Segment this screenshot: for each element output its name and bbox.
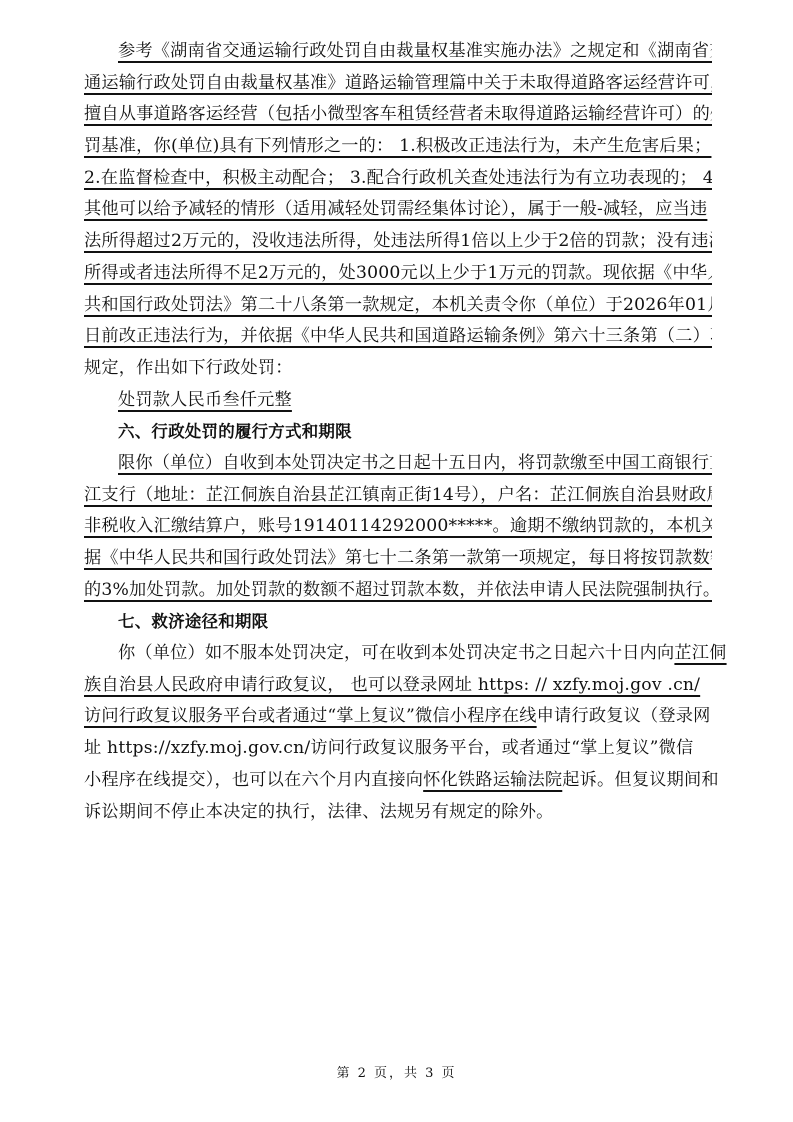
text-line: 所得或者违法所得不足2万元的，处3000元以上少于1万元的罚款。现依据《中华人民: [84, 258, 712, 290]
section-7-heading: 七、救济途径和期限: [84, 606, 712, 638]
text-line: 其他可以给予减轻的情形（适用减轻处罚需经集体讨论），属于一般-减轻，应当违: [84, 194, 712, 226]
text-line: 法所得超过2万元的，没收违法所得，处违法所得1倍以上少于2倍的罚款；没有违法: [84, 226, 712, 258]
text-line: 小程序在线提交），也可以在六个月内直接向怀化铁路运输法院起诉。但复议期间和: [84, 765, 712, 797]
text-line: 非税收入汇缴结算户，账号19140114292000*****。逾期不缴纳罚款的…: [84, 511, 712, 543]
text-line: 族自治县人民政府申请行政复议， 也可以登录网址 https: // xzfy.m…: [84, 670, 712, 702]
text-line: 通运输行政处罚自由裁量权基准》道路运输管理篇中关于未取得道路客运经营许可，: [84, 68, 712, 100]
text-line: 江支行（地址：芷江侗族自治县芷江镇南正街14号），户名：芷江侗族自治县财政局: [84, 480, 712, 512]
text-line: 的3%加处罚款。加处罚款的数额不超过罚款本数，并依法申请人民法院强制执行。: [84, 575, 712, 607]
text-line: 罚基准，你(单位)具有下列情形之一的： 1.积极改正违法行为，未产生危害后果；: [84, 131, 712, 163]
text-line: 参考《湖南省交通运输行政处罚自由裁量权基准实施办法》之规定和《湖南省交: [84, 36, 712, 68]
text-line: 共和国行政处罚法》第二十八条第一款规定，本机关责令你（单位）于2026年01月2…: [84, 290, 712, 322]
text-line: 据《中华人民共和国行政处罚法》第七十二条第一款第一项规定，每日将按罚款数额: [84, 543, 712, 575]
court-name: 怀化铁路运输法院: [423, 770, 562, 790]
text-line: 址 https://xzfy.moj.gov.cn/访问行政复议服务平台，或者通…: [84, 733, 712, 765]
text-line: 日前改正违法行为，并依据《中华人民共和国道路运输条例》第六十三条第（二）项: [84, 321, 712, 353]
text-line: 擅自从事道路客运经营（包括小微型客车租赁经营者未取得道路运输经营许可）的处: [84, 99, 712, 131]
section-6-body: 限你（单位）自收到本处罚决定书之日起十五日内，将罚款缴至中国工商银行芷 江支行（…: [84, 448, 712, 606]
paragraph-discretion-basis: 参考《湖南省交通运输行政处罚自由裁量权基准实施办法》之规定和《湖南省交 通运输行…: [84, 36, 712, 385]
section-6-heading: 六、行政处罚的履行方式和期限: [84, 416, 712, 448]
text-line: 规定，作出如下行政处罚：: [84, 353, 712, 385]
text-line: 限你（单位）自收到本处罚决定书之日起十五日内，将罚款缴至中国工商银行芷: [84, 448, 712, 480]
page-number: 第 2 页，共 3 页: [0, 1062, 793, 1081]
document-page: 参考《湖南省交通运输行政处罚自由裁量权基准实施办法》之规定和《湖南省交 通运输行…: [84, 36, 712, 828]
text-line: 访问行政复议服务平台或者通过“掌上复议”微信小程序在线申请行政复议（登录网: [84, 701, 712, 733]
text-line: 你（单位）如不服本处罚决定，可在收到本处罚决定书之日起六十日内向芷江侗: [84, 638, 712, 670]
text-line: 诉讼期间不停止本决定的执行，法律、法规另有规定的除外。: [84, 797, 712, 829]
penalty-amount: 处罚款人民币叁仟元整: [84, 385, 712, 417]
government-name: 芷江侗: [674, 643, 726, 663]
text-line: 2.在监督检查中，积极主动配合； 3.配合行政机关查处违法行为有立功表现的； 4…: [84, 163, 712, 195]
section-7-body: 你（单位）如不服本处罚决定，可在收到本处罚决定书之日起六十日内向芷江侗 族自治县…: [84, 638, 712, 828]
